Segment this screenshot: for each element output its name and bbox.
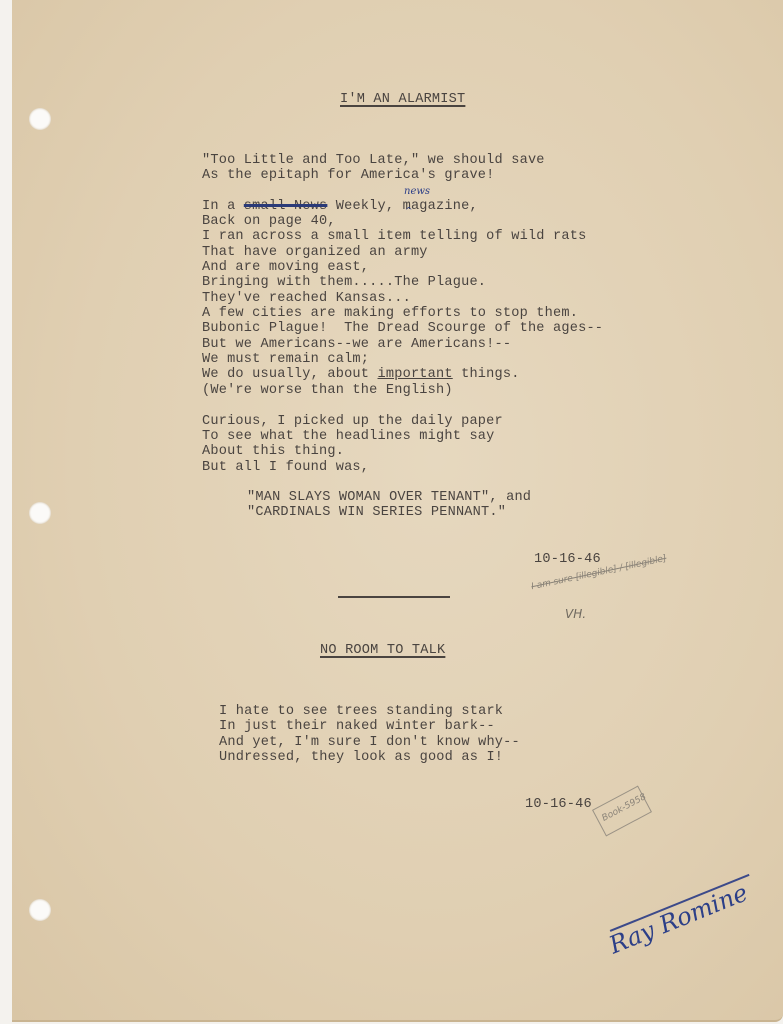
binder-hole	[29, 899, 51, 921]
poem-line: In just their naked winter bark--	[219, 719, 495, 734]
poem-title: I'M AN ALARMIST	[340, 92, 465, 107]
handwritten-insertion: news	[404, 186, 430, 197]
poem-line: As the epitaph for America's grave!	[202, 168, 495, 183]
poem-line: And yet, I'm sure I don't know why--	[219, 735, 520, 750]
caret-mark: ^	[405, 207, 413, 217]
struck-text: small News	[244, 199, 328, 214]
poem-line: Bringing with them.....The Plague.	[202, 275, 486, 290]
poem-line: I ran across a small item telling of wil…	[202, 229, 586, 244]
section-divider	[338, 596, 450, 598]
poem-line: We must remain calm;	[202, 352, 369, 367]
poem-date: 10-16-46	[534, 552, 601, 567]
poem-line: They've reached Kansas...	[202, 291, 411, 306]
poem-title: NO ROOM TO TALK	[320, 643, 445, 658]
poem-line: But all I found was,	[202, 460, 369, 475]
poem-line: A few cities are making efforts to stop …	[202, 306, 578, 321]
headline-line: "MAN SLAYS WOMAN OVER TENANT", and	[247, 490, 531, 505]
text: In a	[202, 199, 244, 214]
text: We do usually, about	[202, 367, 378, 382]
poem-line: That have organized an army	[202, 245, 428, 260]
underlined-text: important	[378, 367, 453, 382]
poem-line: And are moving east,	[202, 260, 369, 275]
poem-date: 10-16-46	[525, 797, 592, 812]
text: Weekly, magazine,	[327, 199, 477, 214]
poem-line-edited: In a small News Weekly, magazine,	[202, 199, 478, 214]
poem-line: To see what the headlines might say	[202, 429, 495, 444]
poem-line: Curious, I picked up the daily paper	[202, 414, 503, 429]
poem-line: "Too Little and Too Late," we should sav…	[202, 153, 545, 168]
poem-line: About this thing.	[202, 444, 344, 459]
poem-line: We do usually, about important things.	[202, 367, 520, 382]
binder-hole	[29, 108, 51, 130]
headline-line: "CARDINALS WIN SERIES PENNANT."	[247, 505, 506, 520]
poem-line: (We're worse than the English)	[202, 383, 453, 398]
poem-line: I hate to see trees standing stark	[219, 704, 503, 719]
poem-line: Bubonic Plague! The Dread Scourge of the…	[202, 321, 603, 336]
pencil-initials: VH.	[565, 607, 586, 621]
poem-line: Back on page 40,	[202, 214, 336, 229]
poem-line: But we Americans--we are Americans!--	[202, 337, 511, 352]
binder-hole	[29, 502, 51, 524]
poem-line: Undressed, they look as good as I!	[219, 750, 503, 765]
text: things.	[453, 367, 520, 382]
